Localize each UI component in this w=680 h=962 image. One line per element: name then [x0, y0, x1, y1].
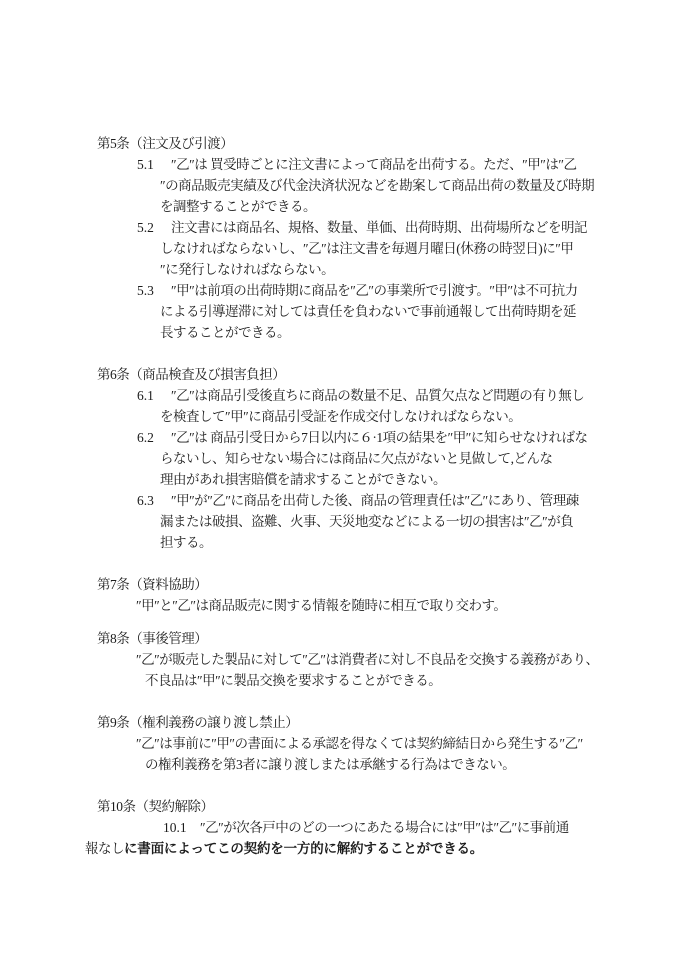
- article-heading: 第5条（注文及び引渡）: [97, 133, 637, 154]
- clause-text: 漏または破損、盗難、火事、天災地変などによる一切の損害は″乙″が負: [160, 514, 573, 529]
- clause-line: 理由があれ損害賠償を請求することができない。: [160, 469, 637, 490]
- closing-line: 報なしに書面によってこの契約を一方的に解約することができる。: [85, 838, 637, 859]
- clause-text: を調整することができる。: [160, 199, 316, 214]
- clause-number: 6.1: [137, 385, 171, 406]
- clause-line: を調整することができる。: [160, 196, 637, 217]
- clause-line: 6.3″甲″が″乙″に商品を出荷した後、商品の管理責任は″乙″にあり、管理疎: [137, 490, 637, 511]
- clause-text: ″甲″は前項の出荷時期に商品を″乙″の事業所で引渡す。″甲″は不可抗力: [171, 283, 578, 298]
- clause-text: ″乙″は 買受時ごとに注文書によって商品を出荷する。ただ、″甲″は″乙: [171, 157, 577, 172]
- article-heading: 第10条（契約解除）: [97, 796, 637, 817]
- clause-line: 6.1″乙″は商品引受後直ちに商品の数量不足、品質欠点など問題の有り無し: [137, 385, 637, 406]
- clause-text: しなければならないし、″乙″は注文書を毎週月曜日(休務の時翌日)に″甲: [160, 241, 573, 256]
- clause-line: ″甲″と″乙″は商品販売に関する情報を随時に相互で取り交わす。: [136, 595, 637, 616]
- clause-line: しなければならないし、″乙″は注文書を毎週月曜日(休務の時翌日)に″甲: [160, 238, 637, 259]
- clause-line: 5.1″乙″は 買受時ごとに注文書によって商品を出荷する。ただ、″甲″は″乙: [137, 154, 637, 175]
- clause-line: 5.2注文書には商品名、規格、数量、単価、出荷時期、出荷場所などを明記: [137, 217, 637, 238]
- clause-text: ″の商品販売実績及び代金決済状況などを勘案して商品出荷の数量及び時期: [160, 178, 594, 193]
- closing-line-bold: に書面によってこの契約を一方的に解約することができる。: [124, 841, 483, 856]
- clause-line: 5.3″甲″は前項の出荷時期に商品を″乙″の事業所で引渡す。″甲″は不可抗力: [137, 280, 637, 301]
- article-heading: 第7条（資料協助）: [97, 574, 637, 595]
- clause-number: 5.1: [137, 154, 171, 175]
- article-heading: 第8条（事後管理）: [97, 628, 637, 649]
- clause-text: ″乙″が販売した製品に対して″乙″は消費者に対し不良品を交換する義務があり、: [136, 652, 599, 667]
- clause-text: ″甲″と″乙″は商品販売に関する情報を随時に相互で取り交わす。: [136, 598, 506, 613]
- contract-page: 第5条（注文及び引渡）5.1″乙″は 買受時ごとに注文書によって商品を出荷する。…: [0, 0, 680, 962]
- clause-line: ″乙″は事前に″甲″の書面による承認を得なくては契約締結日から発生する″乙″: [136, 733, 637, 754]
- clause-text: による引導遅滞に対しては責任を負わないで事前通報して出荷時期を延: [160, 304, 576, 319]
- article-heading: 第6条（商品検査及び損害負担）: [97, 364, 637, 385]
- clause-text: ″甲″が″乙″に商品を出荷した後、商品の管理責任は″乙″にあり、管理疎: [171, 493, 579, 508]
- clause-line: ″乙″が販売した製品に対して″乙″は消費者に対し不良品を交換する義務があり、: [136, 649, 637, 670]
- clause-text: ″乙″が次各戸中のどの一つにあたる場合には″甲″は″乙″に事前通: [200, 820, 569, 835]
- clause-text: 注文書には商品名、規格、数量、単価、出荷時期、出荷場所などを明記: [171, 220, 587, 235]
- clause-text: 理由があれ損害賠償を請求することができない。: [160, 472, 446, 487]
- clause-line: による引導遅滞に対しては責任を負わないで事前通報して出荷時期を延: [160, 301, 637, 322]
- clause-line: 担する。: [160, 532, 637, 553]
- clause-line: の権利義務を第3者に譲り渡しまたは承継する行為はできない。: [145, 754, 637, 775]
- clause-text: を検査して″甲″に商品引受証を作成交付しなければならない。: [160, 409, 521, 424]
- clause-text: ″乙″は商品引受後直ちに商品の数量不足、品質欠点など問題の有り無し: [171, 388, 584, 403]
- document-body: 第5条（注文及び引渡）5.1″乙″は 買受時ごとに注文書によって商品を出荷する。…: [97, 133, 637, 859]
- clause-text: ″乙″は 商品引受日から7日以内に６·1項の結果を″甲″に知らせなければな: [171, 430, 587, 445]
- clause-text: 長することができる。: [160, 325, 290, 340]
- clause-line: らないし、知らせない場合には商品に欠点がないと見做して,どんな: [160, 448, 637, 469]
- clause-line: 6.2″乙″は 商品引受日から7日以内に６·1項の結果を″甲″に知らせなければな: [137, 427, 637, 448]
- clause-text: 不良品は″甲″に製品交換を要求することができる。: [145, 673, 441, 688]
- clause-number: 5.2: [137, 217, 171, 238]
- clause-number: 6.3: [137, 490, 171, 511]
- closing-line-normal: 報なし: [85, 841, 124, 856]
- clause-text: 担する。: [160, 535, 212, 550]
- clause-text: ″乙″は事前に″甲″の書面による承認を得なくては契約締結日から発生する″乙″: [136, 736, 583, 751]
- clause-text: の権利義務を第3者に譲り渡しまたは承継する行為はできない。: [145, 757, 515, 772]
- clause-line: を検査して″甲″に商品引受証を作成交付しなければならない。: [160, 406, 637, 427]
- clause-line: 漏または破損、盗難、火事、天災地変などによる一切の損害は″乙″が負: [160, 511, 637, 532]
- clause-text: ″に発行しなければならない。: [160, 262, 334, 277]
- clause-text: らないし、知らせない場合には商品に欠点がないと見做して,どんな: [160, 451, 552, 466]
- clause-number: 10.1: [163, 817, 200, 838]
- clause-line: ″に発行しなければならない。: [160, 259, 637, 280]
- clause-number: 6.2: [137, 427, 171, 448]
- clause-line: 不良品は″甲″に製品交換を要求することができる。: [145, 670, 637, 691]
- article-heading: 第9条（権利義務の譲り渡し禁止）: [97, 712, 637, 733]
- clause-line: 10.1″乙″が次各戸中のどの一つにあたる場合には″甲″は″乙″に事前通: [163, 817, 637, 838]
- clause-line: 長することができる。: [160, 322, 637, 343]
- clause-number: 5.3: [137, 280, 171, 301]
- clause-line: ″の商品販売実績及び代金決済状況などを勘案して商品出荷の数量及び時期: [160, 175, 637, 196]
